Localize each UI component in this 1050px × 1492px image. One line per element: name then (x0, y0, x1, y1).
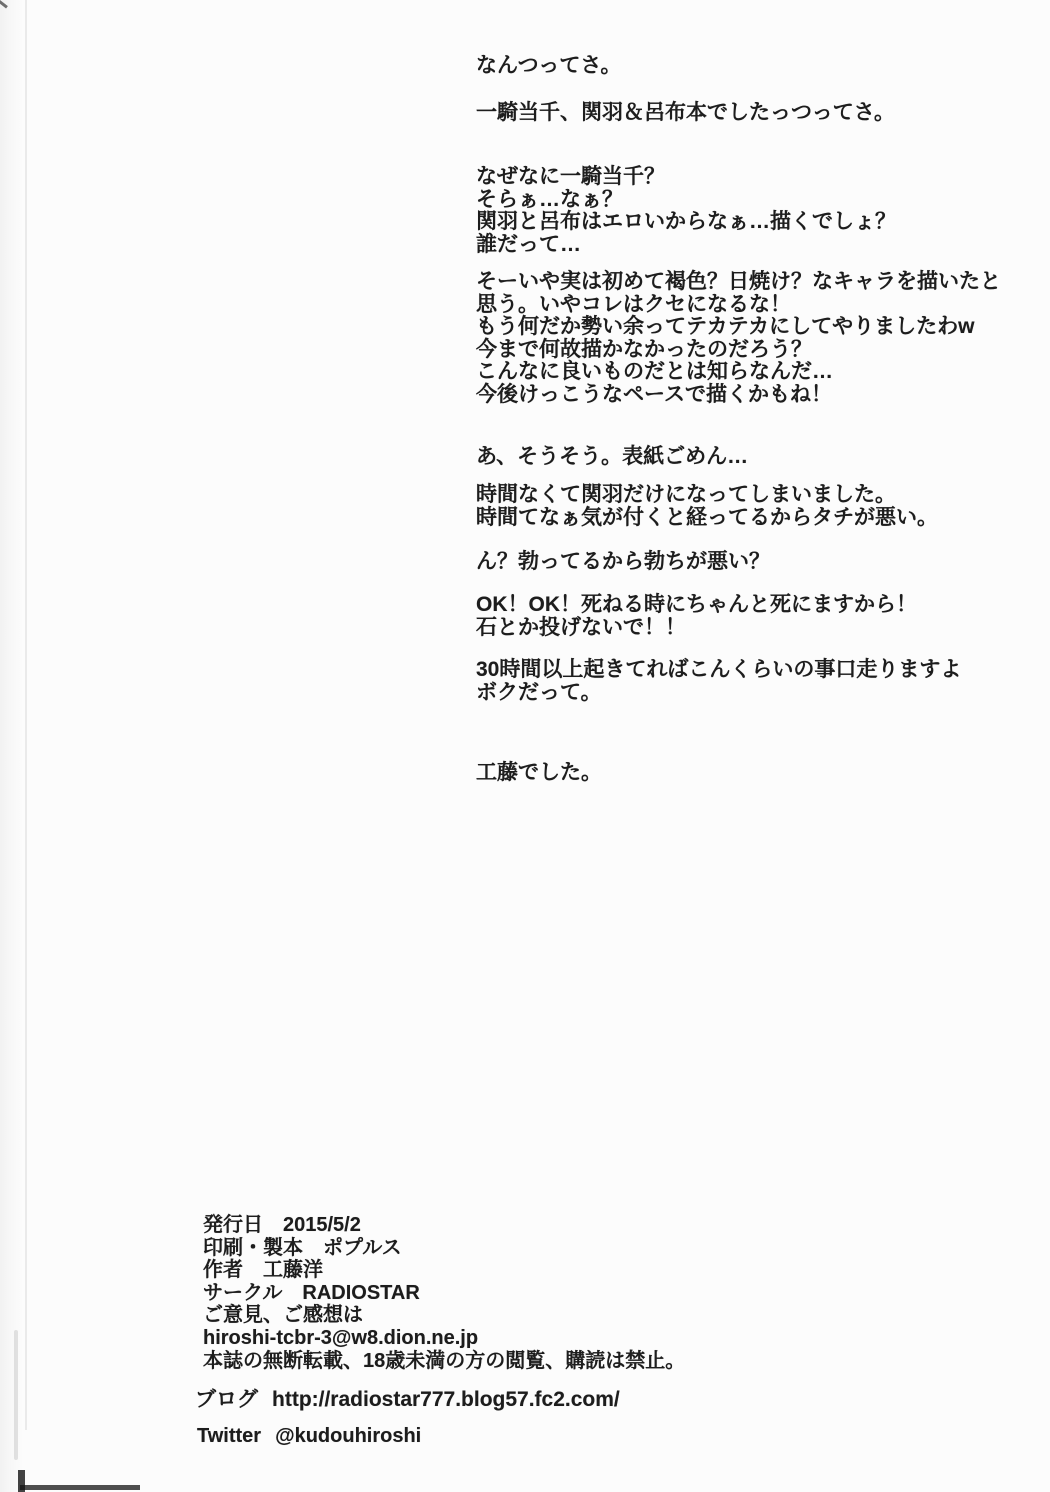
twitter-line: Twitter@kudouhiroshi (197, 1425, 421, 1448)
afterword-paragraph: 一騎当千、関羽＆呂布本でしたっつってさ。 (476, 102, 895, 125)
colophon: 発行日 2015/5/2印刷・製本 ポプルス作者 工藤洋サークル RADIOST… (203, 1214, 685, 1372)
afterword-paragraph: そーいや実は初めて褐色？日焼け？なキャラを描いたと思う。いやコレはクセになるな！… (476, 271, 1001, 407)
afterword-paragraph: なんつってさ。 (476, 55, 622, 78)
blog-url: http://radiostar777.blog57.fc2.com/ (272, 1388, 620, 1411)
afterword-paragraph: 30時間以上起きてればこんくらいの事口走りますよボクだって。 (476, 659, 961, 704)
afterword-signature: 工藤でした。 (476, 762, 602, 785)
afterword-paragraph: なぜなに一騎当千？そらぁ…なぁ？関羽と呂布はエロいからなぁ…描くでしょ？誰だって… (476, 166, 896, 256)
twitter-handle: @kudouhiroshi (275, 1425, 421, 1447)
scan-bottom-mark-horizontal (20, 1485, 140, 1490)
blog-label: ブログ (195, 1388, 258, 1411)
scan-smudge (14, 1330, 18, 1460)
scan-fold-line (25, 0, 27, 1430)
afterword-paragraph: ん？勃ってるから勃ちが悪い？ (476, 551, 770, 574)
blog-line: ブログhttp://radiostar777.blog57.fc2.com/ (195, 1383, 620, 1413)
afterword-paragraph: あ、そうそう。表紙ごめん… (476, 446, 748, 469)
twitter-label: Twitter (197, 1425, 261, 1447)
afterword-paragraph: 時間なくて関羽だけになってしまいました。時間てなぁ気が付くと経ってるからタチが悪… (476, 484, 938, 529)
afterword-paragraph: OK！OK！死ねる時にちゃんと死にますから！石とか投げないで！！ (476, 594, 917, 639)
scanned-afterword-page: なんつってさ。 一騎当千、関羽＆呂布本でしたっつってさ。 なぜなに一騎当千？そら… (0, 0, 1050, 1492)
scan-edge-shadow (0, 0, 24, 1492)
